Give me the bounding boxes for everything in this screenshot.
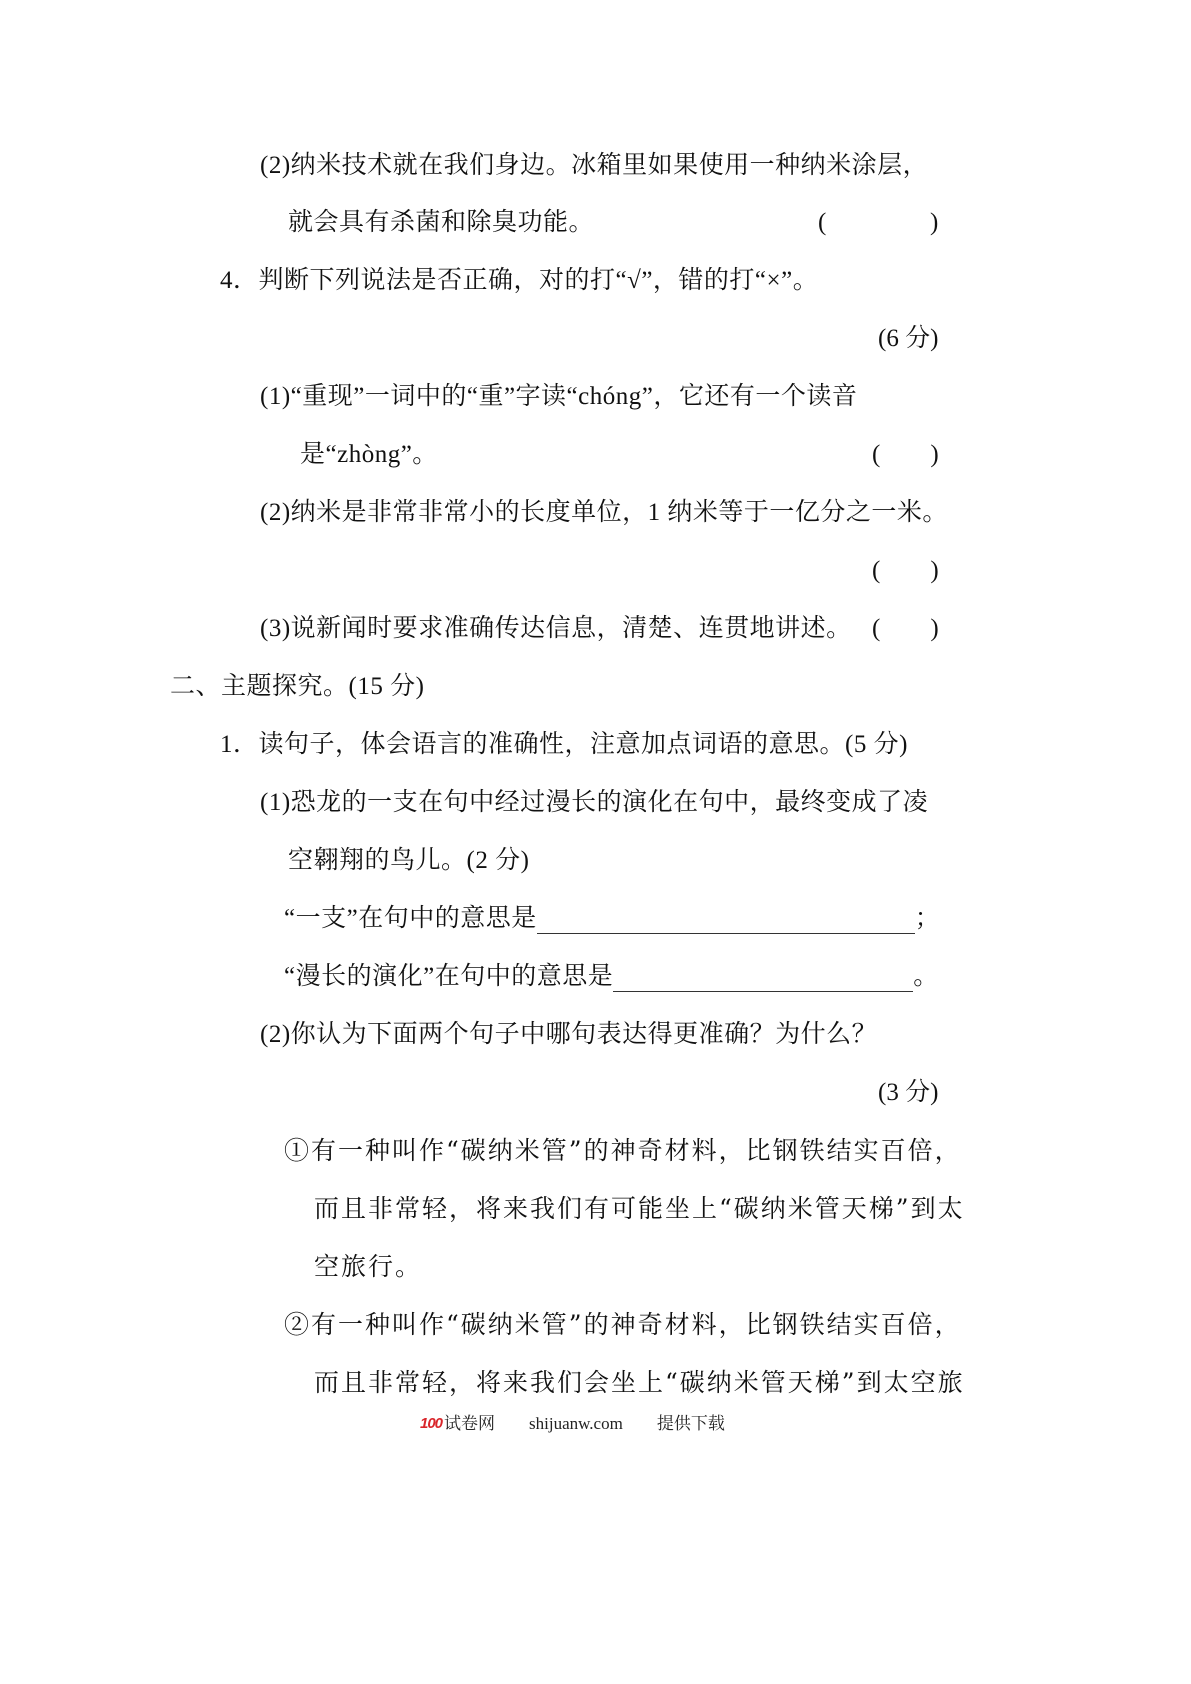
- answer-paren-open: (: [818, 208, 826, 238]
- sentence1-line1: ①有一种叫作“碳纳米管”的神奇材料，比钢铁结实百倍，: [284, 1136, 962, 1166]
- logo-100-icon: 100: [420, 1413, 442, 1435]
- q4-item1-answer[interactable]: ( ): [872, 440, 939, 470]
- q3-item2-line1: (2)纳米技术就在我们身边。冰箱里如果使用一种纳米涂层，: [260, 151, 928, 181]
- q4-points: (6 分): [878, 324, 938, 354]
- sentence1-line2: 而且非常轻，将来我们有可能坐上“碳纳米管天梯”到太: [314, 1194, 965, 1224]
- s2-q1-sub2-points: (3 分): [878, 1078, 938, 1108]
- q4-item3-line1: (3)说新闻时要求准确传达信息，清楚、连贯地讲述。: [260, 614, 852, 644]
- q4-prompt: 4．判断下列说法是否正确，对的打“√”，错的打“×”。: [220, 266, 818, 296]
- s2-q1-sub1-line2: 空翱翔的鸟儿。(2 分): [288, 846, 529, 876]
- q4-item1-line1: (1)“重现”一词中的“重”字读“chóng”，它还有一个读音: [260, 382, 857, 412]
- q3-item2-line2: 就会具有杀菌和除臭功能。: [288, 208, 594, 238]
- s2-q1-number: 1．: [220, 731, 259, 758]
- q4-item1-line2: 是“zhòng”。: [300, 440, 438, 470]
- q4-number: 4．: [220, 267, 259, 294]
- circled-two-marker: ②: [284, 1310, 311, 1339]
- q4-item3-answer[interactable]: ( ): [872, 614, 939, 644]
- answer-blank-1[interactable]: [537, 909, 915, 934]
- section-two-heading: 二、主题探究。(15 分): [170, 672, 424, 702]
- q3-item2-label: (2): [260, 152, 291, 179]
- q4-item2-answer[interactable]: ( ): [872, 556, 939, 586]
- circled-one-marker: ①: [284, 1136, 311, 1165]
- sentence1-line3: 空旅行。: [314, 1252, 422, 1282]
- answer-paren-close: ): [930, 208, 938, 238]
- s2-q1-sub2-line1: (2)你认为下面两个句子中哪句表达得更准确？为什么？: [260, 1020, 877, 1050]
- q4-item2-line1: (2)纳米是非常非常小的长度单位，1 纳米等于一亿分之一米。: [260, 498, 948, 528]
- sentence2-line2: 而且非常轻，将来我们会坐上“碳纳米管天梯”到太空旅: [314, 1368, 965, 1398]
- site-name: 试卷网: [444, 1413, 495, 1435]
- s2-q1-prompt: 1．读句子，体会语言的准确性，注意加点词语的意思。(5 分): [220, 730, 908, 760]
- sentence2-line1: ②有一种叫作“碳纳米管”的神奇材料，比钢铁结实百倍，: [284, 1310, 962, 1340]
- s2-q1-sub1-line1: (1)恐龙的一支在句中经过漫长的演化在句中，最终变成了凌: [260, 788, 928, 818]
- site-tagline: 提供下载: [657, 1413, 725, 1435]
- footer-watermark: 100 试卷网 shijuanw.com 提供下载: [420, 1413, 725, 1435]
- site-domain[interactable]: shijuanw.com: [529, 1413, 623, 1435]
- fill-blank-row-2: “漫长的演化”在句中的意思是。: [284, 962, 939, 992]
- answer-blank-2[interactable]: [613, 967, 913, 992]
- fill-blank-row-1: “一支”在句中的意思是；: [284, 904, 940, 934]
